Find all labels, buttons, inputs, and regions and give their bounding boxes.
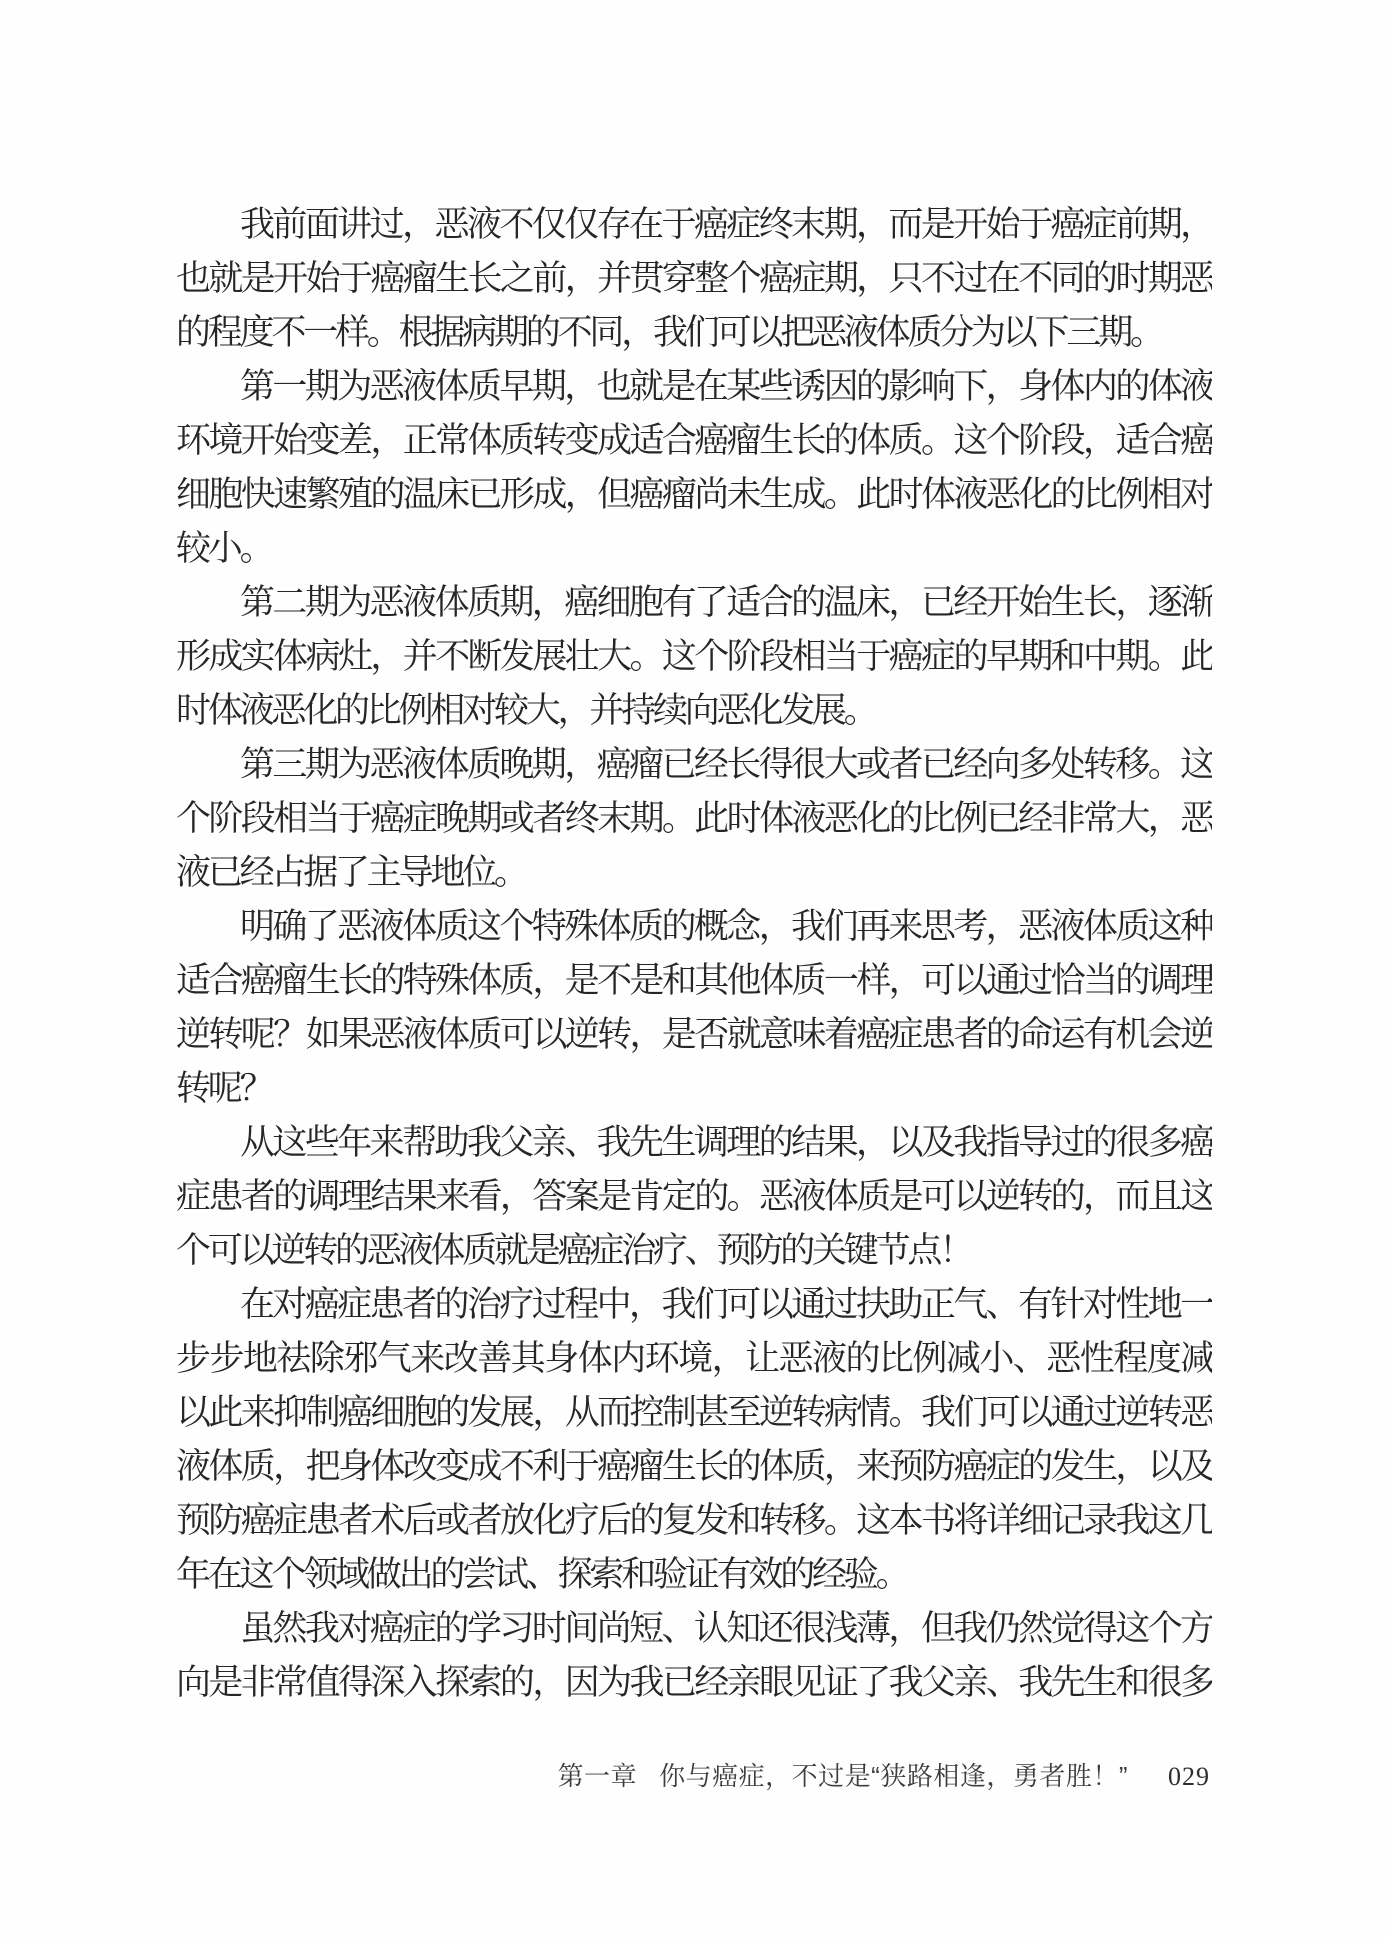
- text-line: 液体质，把身体改变成不利于癌瘤生长的体质，来预防癌症的发生，以及: [176, 1440, 1212, 1494]
- text-line: 转呢？: [176, 1062, 1212, 1116]
- text-line: 适合癌瘤生长的特殊体质，是不是和其他体质一样，可以通过恰当的调理: [176, 954, 1212, 1008]
- text-line: 症患者的调理结果来看，答案是肯定的。恶液体质是可以逆转的，而且这: [176, 1170, 1212, 1224]
- text-line: 从这些年来帮助我父亲、我先生调理的结果，以及我指导过的很多癌: [176, 1116, 1212, 1170]
- text-line: 的程度不一样。根据病期的不同，我们可以把恶液体质分为以下三期。: [176, 306, 1212, 360]
- text-line: 时体液恶化的比例相对较大，并持续向恶化发展。: [176, 684, 1212, 738]
- text-line: 环境开始变差，正常体质转变成适合癌瘤生长的体质。这个阶段，适合癌: [176, 414, 1212, 468]
- text-line: 明确了恶液体质这个特殊体质的概念，我们再来思考，恶液体质这种: [176, 900, 1212, 954]
- paragraph: 第三期为恶液体质晚期，癌瘤已经长得很大或者已经向多处转移。这 个阶段相当于癌症晚…: [176, 738, 1212, 900]
- book-page: 我前面讲过，恶液不仅仅存在于癌症终末期，而是开始于癌症前期， 也就是开始于癌瘤生…: [0, 0, 1386, 1938]
- paragraph: 第二期为恶液体质期，癌细胞有了适合的温床，已经开始生长，逐渐 形成实体病灶，并不…: [176, 576, 1212, 738]
- page-body-text: 我前面讲过，恶液不仅仅存在于癌症终末期，而是开始于癌症前期， 也就是开始于癌瘤生…: [176, 198, 1212, 1710]
- text-line: 预防癌症患者术后或者放化疗后的复发和转移。这本书将详细记录我这几: [176, 1494, 1212, 1548]
- text-line: 第三期为恶液体质晚期，癌瘤已经长得很大或者已经向多处转移。这: [176, 738, 1212, 792]
- paragraph: 从这些年来帮助我父亲、我先生调理的结果，以及我指导过的很多癌 症患者的调理结果来…: [176, 1116, 1212, 1278]
- text-line: 步步地祛除邪气来改善其身体内环境，让恶液的比例减小、恶性程度减轻，: [176, 1332, 1212, 1386]
- text-line: 个阶段相当于癌症晚期或者终末期。此时体液恶化的比例已经非常大，恶: [176, 792, 1212, 846]
- text-line: 形成实体病灶，并不断发展壮大。这个阶段相当于癌症的早期和中期。此: [176, 630, 1212, 684]
- text-line: 向是非常值得深入探索的，因为我已经亲眼见证了我父亲、我先生和很多: [176, 1656, 1212, 1710]
- text-line: 以此来抑制癌细胞的发展，从而控制甚至逆转病情。我们可以通过逆转恶: [176, 1386, 1212, 1440]
- chapter-label: 第一章: [558, 1756, 638, 1793]
- text-line: 年在这个领域做出的尝试、探索和验证有效的经验。: [176, 1548, 1212, 1602]
- paragraph: 在对癌症患者的治疗过程中，我们可以通过扶助正气、有针对性地一 步步地祛除邪气来改…: [176, 1278, 1212, 1602]
- page-number: 029: [1168, 1762, 1210, 1792]
- text-line: 细胞快速繁殖的温床已形成，但癌瘤尚未生成。此时体液恶化的比例相对: [176, 468, 1212, 522]
- text-line: 虽然我对癌症的学习时间尚短、认知还很浅薄，但我仍然觉得这个方: [176, 1602, 1212, 1656]
- paragraph: 我前面讲过，恶液不仅仅存在于癌症终末期，而是开始于癌症前期， 也就是开始于癌瘤生…: [176, 198, 1212, 360]
- paragraph: 明确了恶液体质这个特殊体质的概念，我们再来思考，恶液体质这种 适合癌瘤生长的特殊…: [176, 900, 1212, 1116]
- text-line: 液已经占据了主导地位。: [176, 846, 1212, 900]
- page-footer: 第一章 你与癌症，不过是“狭路相逢，勇者胜！” 029: [558, 1756, 1210, 1793]
- paragraph: 虽然我对癌症的学习时间尚短、认知还很浅薄，但我仍然觉得这个方 向是非常值得深入探…: [176, 1602, 1212, 1710]
- text-line: 个可以逆转的恶液体质就是癌症治疗、预防的关键节点！: [176, 1224, 1212, 1278]
- text-line: 我前面讲过，恶液不仅仅存在于癌症终末期，而是开始于癌症前期，: [176, 198, 1212, 252]
- chapter-title: 你与癌症，不过是“狭路相逢，勇者胜！”: [659, 1756, 1128, 1793]
- text-line: 逆转呢？如果恶液体质可以逆转，是否就意味着癌症患者的命运有机会逆: [176, 1008, 1212, 1062]
- text-line: 也就是开始于癌瘤生长之前，并贯穿整个癌症期，只不过在不同的时期恶: [176, 252, 1212, 306]
- paragraph: 第一期为恶液体质早期，也就是在某些诱因的影响下，身体内的体液 环境开始变差，正常…: [176, 360, 1212, 576]
- text-line: 较小。: [176, 522, 1212, 576]
- text-line: 第二期为恶液体质期，癌细胞有了适合的温床，已经开始生长，逐渐: [176, 576, 1212, 630]
- text-line: 在对癌症患者的治疗过程中，我们可以通过扶助正气、有针对性地一: [176, 1278, 1212, 1332]
- text-line: 第一期为恶液体质早期，也就是在某些诱因的影响下，身体内的体液: [176, 360, 1212, 414]
